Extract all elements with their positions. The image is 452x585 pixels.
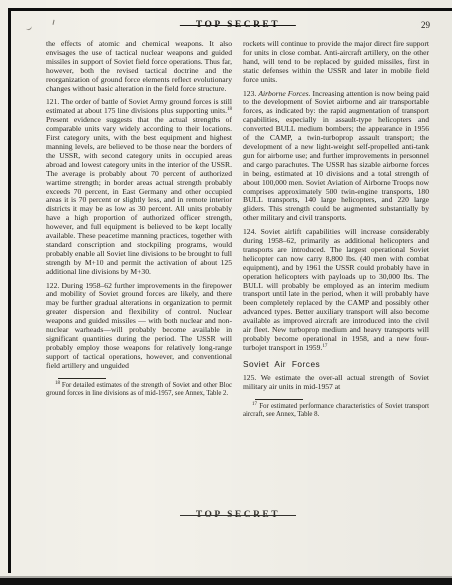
scan-border-left xyxy=(8,8,11,573)
paragraph: 125. We estimate the over-all actual str… xyxy=(243,374,429,392)
footnote: 17 For estimated performance characteris… xyxy=(243,399,429,419)
text-segment: 125. We estimate the over-all actual str… xyxy=(243,373,429,391)
scanned-document-page: TOP SECRET 29 the effects of atomic and … xyxy=(0,0,452,585)
footnote-text: 17 For estimated performance characteris… xyxy=(243,403,429,419)
text-segment: 123. xyxy=(243,89,258,98)
footnote-text: 18 For detailed estimates of the strengt… xyxy=(46,382,232,398)
footnote-rule xyxy=(255,399,303,400)
right-column: rockets will continue to provide the maj… xyxy=(243,40,429,419)
left-column: the effects of atomic and chemical weapo… xyxy=(46,40,232,419)
page-number: 29 xyxy=(421,20,430,30)
footnote-marker: 17 xyxy=(252,402,257,407)
text-segment: Airborne Forces. xyxy=(258,89,310,98)
page-header: TOP SECRET 29 xyxy=(46,20,430,32)
paragraph: 122. During 1958–62 further improvements… xyxy=(46,282,232,371)
paragraph: 123. Airborne Forces. Increasing attenti… xyxy=(243,90,429,224)
classification-stamp-top: TOP SECRET xyxy=(196,20,280,30)
text-segment: Present evidence suggests that the actua… xyxy=(46,115,232,275)
pencil-mark xyxy=(25,25,32,31)
text-segment: Soviet Air Forces xyxy=(243,359,320,369)
footnote: 18 For detailed estimates of the strengt… xyxy=(46,378,232,398)
text-segment: 121. The order of battle of Soviet Army … xyxy=(46,97,232,115)
paragraph: the effects of atomic and chemical weapo… xyxy=(46,40,232,93)
text-segment: the effects of atomic and chemical weapo… xyxy=(46,39,232,93)
footnote-marker: 18 xyxy=(55,381,60,386)
scan-border-top xyxy=(8,8,452,11)
footnote-reference: 18 xyxy=(227,107,232,112)
text-segment: Increasing attention is now being paid t… xyxy=(243,89,429,223)
section-heading: Soviet Air Forces xyxy=(243,359,429,369)
footnote-reference: 17 xyxy=(322,344,327,349)
scan-edge-band xyxy=(0,578,452,585)
page-footer: TOP SECRET xyxy=(46,504,430,522)
paragraph: 121. The order of battle of Soviet Army … xyxy=(46,98,232,276)
footnote-rule xyxy=(58,378,106,379)
text-columns: the effects of atomic and chemical weapo… xyxy=(46,40,430,419)
classification-stamp-bottom: TOP SECRET xyxy=(196,510,280,520)
text-segment: 124. Soviet airlift capabilities will in… xyxy=(243,227,429,352)
text-segment: rockets will continue to provide the maj… xyxy=(243,39,429,84)
paragraph: 124. Soviet airlift capabilities will in… xyxy=(243,228,429,353)
text-segment: 122. During 1958–62 further improvements… xyxy=(46,281,232,370)
paragraph: rockets will continue to provide the maj… xyxy=(243,40,429,85)
